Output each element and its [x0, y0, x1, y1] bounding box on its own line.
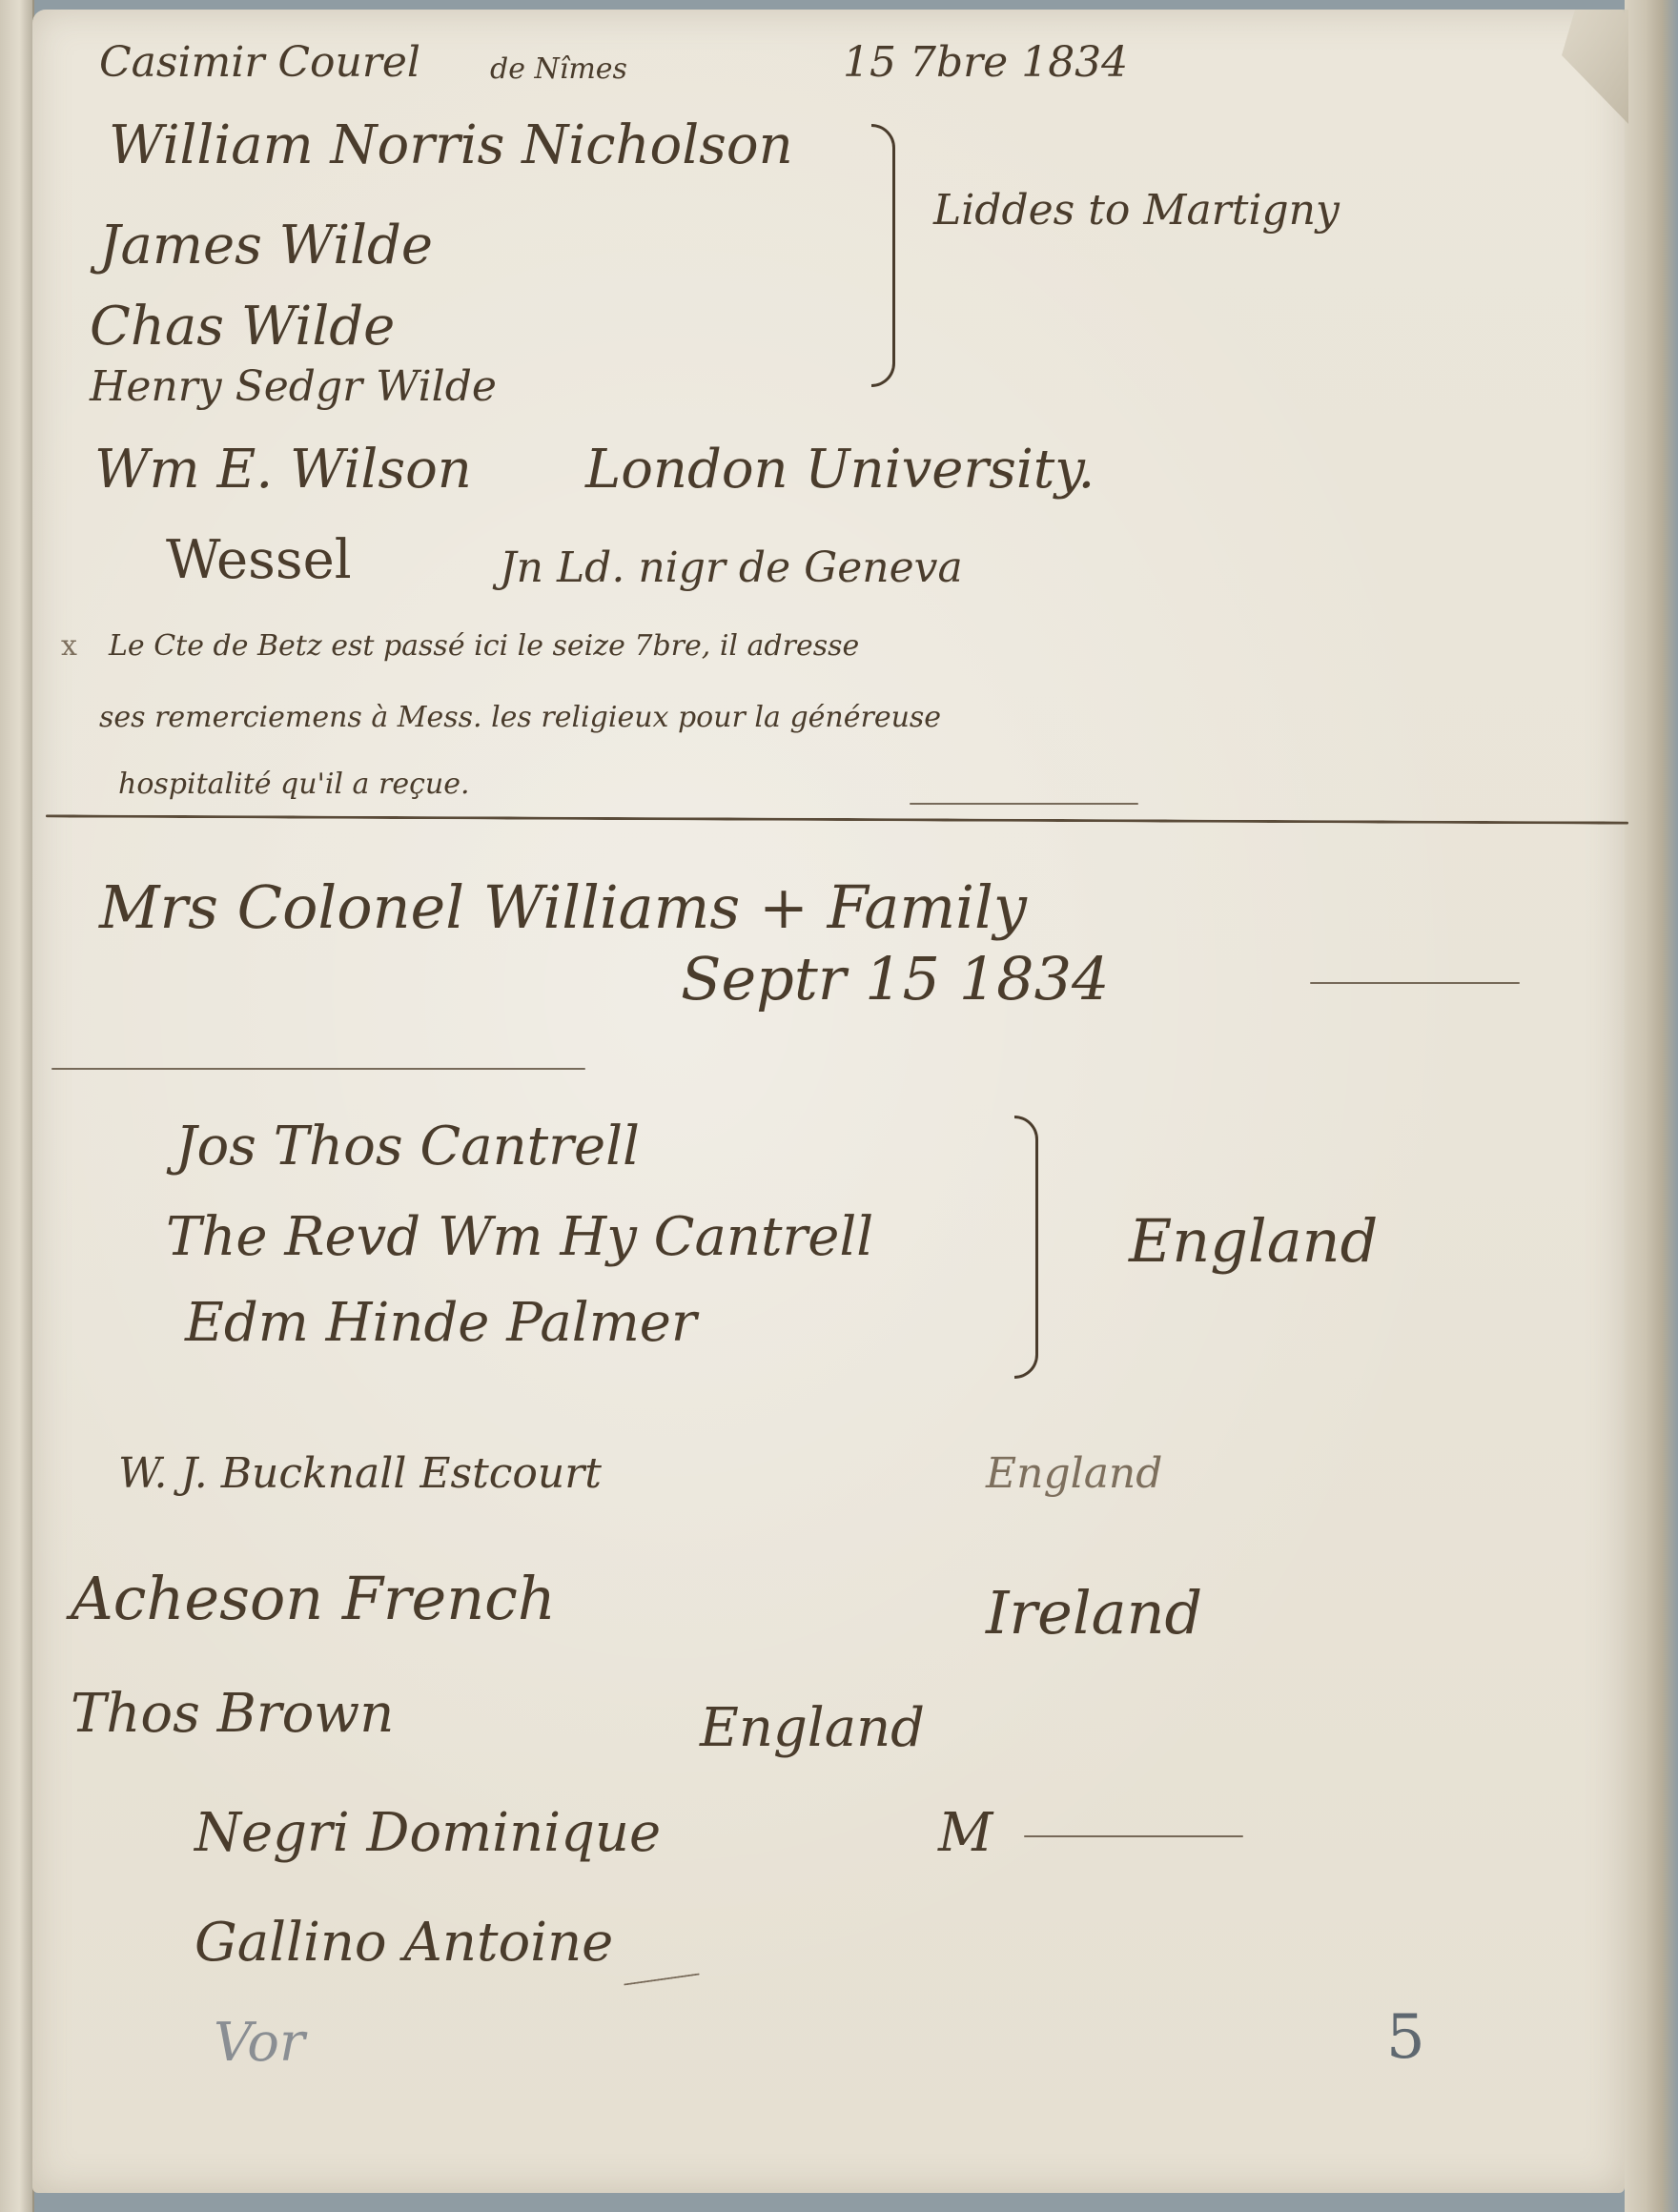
- entry-wessel-name: Wessel: [166, 529, 352, 591]
- entry-estcourt-name: W. J. Bucknall Estcourt: [118, 1449, 602, 1498]
- group1-name-2: James Wilde: [99, 215, 433, 276]
- entry-courel-name: Casimir Courel: [99, 38, 420, 87]
- group2-brace: [1014, 1116, 1038, 1379]
- group1-note: Liddes to Martigny: [933, 186, 1340, 235]
- dominique-trailing-rule: [1024, 1835, 1243, 1837]
- book-fore-edge: [1625, 0, 1678, 2212]
- group1-name-4: Henry Sedgr Wilde: [90, 362, 497, 411]
- entry-estcourt-origin: England: [986, 1449, 1162, 1498]
- group2-name-1: Jos Thos Cantrell: [175, 1116, 640, 1178]
- antoine-underline: [624, 1973, 699, 1985]
- french-note-line-2: ses remerciemens à Mess. les religieux p…: [99, 701, 941, 734]
- entry-antoine-name: Gallino Antoine: [194, 1912, 613, 1974]
- entry-acheson-name: Acheson French: [71, 1564, 556, 1633]
- register-page: Casimir Courel de Nîmes 15 7bre 1834 Wil…: [32, 10, 1625, 2193]
- group1-brace: [871, 124, 895, 387]
- section-divider: [46, 814, 1628, 824]
- entry-wilson-name: Wm E. Wilson: [94, 439, 472, 501]
- entry-brown-name: Thos Brown: [71, 1683, 394, 1745]
- group1-name-1: William Norris Nicholson: [109, 114, 793, 176]
- entry-acheson-origin: Ireland: [986, 1578, 1202, 1648]
- entry-dominique-mark: M: [938, 1802, 992, 1864]
- entry-williams-name: Mrs Colonel Williams + Family: [99, 872, 1027, 942]
- entry-williams-date: Septr 15 1834: [681, 944, 1110, 1014]
- entry-brown-origin: England: [700, 1697, 925, 1759]
- french-note-marker: x: [61, 629, 77, 663]
- pencil-note: Vor: [214, 2012, 305, 2074]
- entry-wessel-note: Jn Ld. nigr de Geneva: [500, 543, 963, 592]
- entry-courel-date: 15 7bre 1834: [843, 38, 1128, 87]
- group1-name-3: Chas Wilde: [90, 296, 395, 358]
- entry-courel-origin: de Nîmes: [490, 52, 627, 86]
- williams-trailing-rule: [1310, 982, 1520, 984]
- group2-name-2: The Revd Wm Hy Cantrell: [166, 1206, 873, 1268]
- entry-wilson-note: London University.: [585, 439, 1095, 501]
- group2-name-3: Edm Hinde Palmer: [185, 1292, 697, 1354]
- french-note-underline: [910, 803, 1138, 805]
- williams-divider: [51, 1068, 585, 1070]
- facing-page-edge: [0, 0, 34, 2212]
- french-note-line-3: hospitalité qu'il a reçue.: [118, 768, 469, 801]
- entry-dominique-name: Negri Dominique: [194, 1802, 661, 1864]
- french-note-line-1: Le Cte de Betz est passé ici le seize 7b…: [109, 629, 859, 663]
- group2-origin: England: [1129, 1206, 1378, 1276]
- page-number: 5: [1386, 2002, 1425, 2073]
